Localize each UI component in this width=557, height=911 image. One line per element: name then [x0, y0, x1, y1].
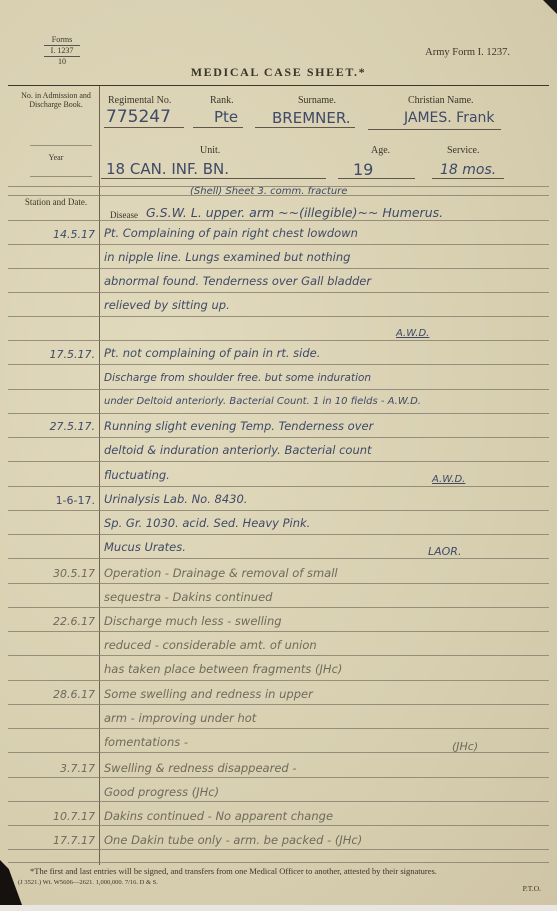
entry-date: 17.5.17. [10, 348, 95, 361]
age-label: Age. [371, 145, 390, 156]
entry-line: Running slight evening Temp. Tenderness … [104, 419, 373, 433]
forms-reference: Forms I. 1237 10 [44, 35, 80, 67]
ruled-line [8, 510, 549, 511]
entry-date: 10.7.17 [10, 810, 95, 823]
ruled-line [8, 220, 549, 221]
entry-date: 27.5.17. [10, 420, 95, 433]
entry-date: 1-6-17. [10, 494, 95, 507]
divider [30, 176, 92, 177]
ruled-line [8, 583, 549, 584]
entry-date: 22.6.17 [10, 615, 95, 628]
army-form-number: Army Form I. 1237. [425, 47, 510, 58]
underline [104, 127, 184, 128]
ruled-line [8, 268, 549, 269]
entry-line: deltoid & induration anteriorly. Bacteri… [104, 443, 372, 457]
entry-date: 14.5.17 [10, 228, 95, 241]
ruled-line [8, 849, 549, 850]
entry-line: Operation - Drainage & removal of small [104, 566, 338, 580]
please-turn-over: P.T.O. [523, 884, 541, 893]
ruled-line [8, 195, 549, 196]
ruled-line [8, 825, 549, 826]
signature: A.W.D. [396, 328, 429, 339]
entry-line: Mucus Urates. [104, 540, 186, 554]
entry-line: Dakins continued - No apparent change [104, 809, 333, 823]
admission-book-label: No. in Admission and Discharge Book. [20, 91, 92, 109]
ruled-line [8, 437, 549, 438]
ruled-line [8, 704, 549, 705]
medical-case-sheet: Forms I. 1237 10 Army Form I. 1237. MEDI… [0, 0, 557, 905]
underline [193, 127, 243, 128]
ruled-line [8, 486, 549, 487]
ruled-line [8, 801, 549, 802]
age-value: 19 [353, 160, 373, 179]
rank-label: Rank. [210, 95, 234, 106]
entry-line: Discharge much less - swelling [104, 614, 282, 628]
entry-line: abnormal found. Tenderness over Gall bla… [104, 274, 371, 288]
ruled-line [8, 244, 549, 245]
ruled-line [8, 655, 549, 656]
underline [255, 127, 355, 128]
signature: (JHc) [452, 740, 478, 753]
ruled-line [8, 316, 549, 317]
divider [30, 145, 92, 146]
ruled-line [8, 364, 549, 365]
header-rule [8, 85, 549, 86]
service-value: 18 mos. [440, 162, 496, 178]
entry-line: Sp. Gr. 1030. acid. Sed. Heavy Pink. [104, 516, 310, 530]
entry-line: Urinalysis Lab. No. 8430. [104, 492, 247, 506]
entry-line: fluctuating. [104, 468, 170, 482]
entry-line: Good progress (JHc) [104, 785, 219, 799]
unit-value: 18 CAN. INF. BN. [106, 160, 229, 178]
entry-date: 30.5.17 [10, 567, 95, 580]
ruled-line [8, 292, 549, 293]
ruled-line [8, 777, 549, 778]
entry-line: arm - improving under hot [104, 711, 256, 725]
ruled-line [8, 680, 549, 681]
forms-number: I. 1237 [44, 45, 80, 57]
ruled-line [8, 461, 549, 462]
regimental-no-label: Regimental No. [108, 95, 171, 106]
entry-line: Pt. Complaining of pain right chest lowd… [104, 226, 358, 240]
entry-date: 17.7.17 [10, 834, 95, 847]
forms-label: Forms [44, 35, 80, 45]
entry-line: Discharge from shoulder free. but some i… [104, 372, 371, 384]
entry-line: relieved by sitting up. [104, 298, 230, 312]
ruled-line [8, 340, 549, 341]
entry-line: Pt. not complaining of pain in rt. side. [104, 346, 320, 360]
entry-line: in nipple line. Lungs examined but nothi… [104, 250, 350, 264]
entry-date: 28.6.17 [10, 688, 95, 701]
entry-date: 3.7.17 [10, 762, 95, 775]
unit-label: Unit. [200, 145, 220, 156]
entry-line: Swelling & redness disappeared - [104, 761, 297, 775]
surname-value: BREMNER. [272, 109, 351, 127]
column-divider [99, 86, 100, 865]
torn-corner [543, 0, 557, 14]
ruled-line [8, 413, 549, 414]
print-reference: (J 3521.) Wt. W5606—2621. 1,000,000. 7/1… [18, 879, 158, 886]
christian-name-label: Christian Name. [408, 95, 474, 106]
disease-value: G.S.W. L. upper. arm ~~(illegible)~~ Hum… [146, 205, 443, 220]
entry-line: reduced - considerable amt. of union [104, 638, 317, 652]
year-label: Year [20, 153, 92, 162]
entry-line: Some swelling and redness in upper [104, 687, 313, 701]
disease-label: Disease [110, 210, 138, 220]
underline [432, 178, 504, 179]
signature: A.W.D. [432, 474, 465, 485]
entry-line: sequestra - Dakins continued [104, 590, 272, 604]
ruled-line [8, 728, 549, 729]
ruled-line [8, 389, 549, 390]
entry-line: fomentations - [104, 735, 188, 749]
entry-line: under Deltoid anteriorly. Bacterial Coun… [104, 396, 421, 407]
regimental-no-value: 775247 [106, 107, 171, 127]
ruled-line [8, 558, 549, 559]
rank-value: Pte [214, 108, 238, 126]
entry-line: has taken place between fragments (JHc) [104, 662, 342, 676]
ruled-line [8, 534, 549, 535]
entry-line: One Dakin tube only - arm. be packed - (… [104, 833, 362, 847]
ruled-line [8, 862, 549, 863]
footnote: *The first and last entries will be sign… [30, 866, 437, 876]
signature: LAOR. [428, 545, 461, 558]
page-title: MEDICAL CASE SHEET.* [0, 65, 557, 80]
underline [368, 129, 501, 130]
service-label: Service. [447, 145, 480, 156]
surname-label: Surname. [298, 95, 336, 106]
ruled-line [8, 631, 549, 632]
underline [338, 178, 415, 179]
station-date-label: Station and Date. [20, 197, 92, 207]
christian-name-value: JAMES. Frank [404, 110, 495, 126]
ruled-line [8, 607, 549, 608]
underline [101, 178, 326, 179]
